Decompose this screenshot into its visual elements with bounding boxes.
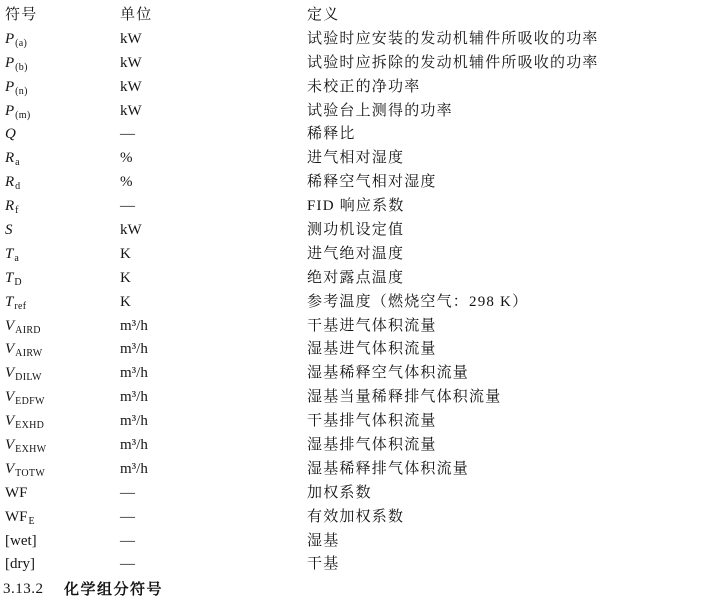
table-row: P(m) kW 试验台上测得的功率 (0, 100, 728, 124)
unit-cell: — (120, 530, 135, 554)
section-title: 化学组分符号 (64, 578, 163, 602)
unit-cell: m³/h (120, 386, 148, 410)
symbol-base: V (5, 389, 14, 405)
symbol-base: V (5, 437, 14, 453)
unit-cell: — (120, 123, 135, 147)
table-row: TD K 绝对露点温度 (0, 267, 728, 291)
symbol-cell: [wet] (5, 530, 37, 554)
symbol-table-body: P(a) kW 试验时应安装的发动机辅件所吸收的功率 P(b) kW 试验时应拆… (0, 28, 728, 577)
symbol-base: WF (5, 509, 28, 525)
symbol-subscript: d (15, 181, 20, 192)
symbol-subscript: (a) (15, 38, 27, 49)
symbol-cell: Ta (5, 243, 19, 268)
unit-cell: m³/h (120, 315, 148, 339)
symbol-cell: P(m) (5, 100, 31, 125)
definition-cell: 湿基稀释排气体积流量 (307, 458, 469, 482)
table-row: VEDFW m³/h 湿基当量稀释排气体积流量 (0, 386, 728, 410)
symbol-subscript: EXHW (15, 444, 46, 455)
symbol-base: T (5, 270, 13, 286)
symbol-cell: VEXHD (5, 410, 44, 435)
symbol-subscript: ref (14, 301, 26, 312)
table-header-row: 符号 单位 定义 (0, 4, 728, 28)
symbols-definitions-page: 符号 单位 定义 P(a) kW 试验时应安装的发动机辅件所吸收的功率 P(b)… (0, 0, 728, 602)
section-number: 3.13.2 (3, 578, 44, 602)
definition-cell: FID 响应系数 (307, 195, 405, 219)
symbol-cell: S (5, 219, 13, 243)
symbol-subscript: AIRW (15, 348, 42, 359)
definition-cell: 干基排气体积流量 (307, 410, 437, 434)
symbol-cell: WFE (5, 506, 35, 531)
unit-cell: — (120, 482, 135, 506)
unit-cell: % (120, 171, 133, 195)
definition-cell: 有效加权系数 (307, 506, 404, 530)
symbol-base: T (5, 246, 13, 262)
symbol-base: P (5, 79, 14, 95)
unit-cell: — (120, 506, 135, 530)
table-row: Rd % 稀释空气相对湿度 (0, 171, 728, 195)
definition-cell: 干基 (307, 553, 339, 577)
table-row: VEXHD m³/h 干基排气体积流量 (0, 410, 728, 434)
symbol-cell: Q (5, 123, 16, 147)
unit-cell: kW (120, 76, 142, 100)
table-row: VEXHW m³/h 湿基排气体积流量 (0, 434, 728, 458)
symbol-base: S (5, 222, 13, 238)
symbol-cell: VEXHW (5, 434, 46, 459)
symbol-subscript: DILW (15, 372, 42, 383)
symbol-base: V (5, 365, 14, 381)
definition-cell: 试验时应安装的发动机辅件所吸收的功率 (307, 28, 599, 52)
definition-cell: 绝对露点温度 (307, 267, 404, 291)
symbol-base: V (5, 318, 14, 334)
symbol-cell: TD (5, 267, 22, 292)
symbol-subscript: EDFW (15, 396, 45, 407)
unit-cell: kW (120, 52, 142, 76)
unit-cell: m³/h (120, 410, 148, 434)
symbol-cell: Rf (5, 195, 19, 220)
symbol-base: V (5, 413, 14, 429)
symbol-subscript: AIRD (15, 325, 41, 336)
symbol-subscript: (m) (15, 110, 30, 121)
definition-cell: 湿基稀释空气体积流量 (307, 362, 469, 386)
symbol-cell: Rd (5, 171, 20, 196)
symbol-base: P (5, 55, 14, 71)
header-definition: 定义 (307, 4, 339, 28)
symbol-base: P (5, 31, 14, 47)
symbol-base: [wet] (5, 533, 37, 549)
unit-cell: m³/h (120, 458, 148, 482)
symbol-base: R (5, 150, 14, 166)
table-row: WF — 加权系数 (0, 482, 728, 506)
unit-cell: K (120, 291, 131, 315)
definition-cell: 湿基排气体积流量 (307, 434, 437, 458)
symbol-cell: Ra (5, 147, 20, 172)
table-row: [wet] — 湿基 (0, 530, 728, 554)
unit-cell: m³/h (120, 362, 148, 386)
symbol-subscript: D (14, 277, 22, 288)
table-row: VDILW m³/h 湿基稀释空气体积流量 (0, 362, 728, 386)
symbol-base: WF (5, 485, 28, 501)
symbol-subscript: a (14, 253, 19, 264)
symbol-base: P (5, 103, 14, 119)
definition-cell: 测功机设定值 (307, 219, 404, 243)
table-row: P(n) kW 未校正的净功率 (0, 76, 728, 100)
unit-cell: kW (120, 28, 142, 52)
unit-cell: K (120, 267, 131, 291)
symbol-cell: P(n) (5, 76, 28, 101)
symbol-subscript: f (15, 205, 19, 216)
symbol-cell: VEDFW (5, 386, 45, 411)
symbol-subscript: TOTW (15, 468, 45, 479)
symbol-base: T (5, 294, 13, 310)
unit-cell: % (120, 147, 133, 171)
unit-cell: m³/h (120, 434, 148, 458)
symbol-cell: VAIRD (5, 315, 41, 340)
table-row: [dry] — 干基 (0, 553, 728, 577)
table-row: P(a) kW 试验时应安装的发动机辅件所吸收的功率 (0, 28, 728, 52)
definition-cell: 试验时应拆除的发动机辅件所吸收的功率 (307, 52, 599, 76)
table-row: Q — 稀释比 (0, 123, 728, 147)
definition-cell: 湿基 (307, 530, 339, 554)
table-row: Tref K 参考温度（燃烧空气：298 K） (0, 291, 728, 315)
symbol-cell: VTOTW (5, 458, 45, 483)
header-symbol: 符号 (5, 4, 37, 28)
table-row: Ra % 进气相对湿度 (0, 147, 728, 171)
symbol-base: Q (5, 126, 16, 142)
unit-cell: — (120, 195, 135, 219)
symbol-cell: [dry] (5, 553, 35, 577)
definition-cell: 湿基进气体积流量 (307, 338, 437, 362)
definition-cell: 进气相对湿度 (307, 147, 404, 171)
unit-cell: K (120, 243, 131, 267)
symbol-cell: VDILW (5, 362, 42, 387)
table-row: VAIRD m³/h 干基进气体积流量 (0, 315, 728, 339)
definition-cell: 干基进气体积流量 (307, 315, 437, 339)
symbol-subscript: (n) (15, 86, 28, 97)
section-heading: 3.13.2 化学组分符号 (0, 578, 728, 602)
definition-cell: 稀释空气相对湿度 (307, 171, 437, 195)
table-row: VTOTW m³/h 湿基稀释排气体积流量 (0, 458, 728, 482)
unit-cell: kW (120, 100, 142, 124)
table-row: S kW 测功机设定值 (0, 219, 728, 243)
definition-cell: 加权系数 (307, 482, 372, 506)
unit-cell: kW (120, 219, 142, 243)
symbol-base: V (5, 461, 14, 477)
table-row: Rf — FID 响应系数 (0, 195, 728, 219)
symbol-cell: Tref (5, 291, 26, 316)
symbol-base: R (5, 198, 14, 214)
definition-cell: 未校正的净功率 (307, 76, 420, 100)
table-row: Ta K 进气绝对温度 (0, 243, 728, 267)
definition-cell: 进气绝对温度 (307, 243, 404, 267)
table-row: P(b) kW 试验时应拆除的发动机辅件所吸收的功率 (0, 52, 728, 76)
definition-cell: 稀释比 (307, 123, 356, 147)
symbol-base: [dry] (5, 556, 35, 572)
definition-cell: 湿基当量稀释排气体积流量 (307, 386, 501, 410)
table-row: WFE — 有效加权系数 (0, 506, 728, 530)
unit-cell: m³/h (120, 338, 148, 362)
definition-cell: 参考温度（燃烧空气：298 K） (307, 291, 528, 315)
symbol-base: V (5, 341, 14, 357)
unit-cell: — (120, 553, 135, 577)
symbol-cell: P(a) (5, 28, 27, 53)
symbol-subscript: EXHD (15, 420, 44, 431)
table-row: VAIRW m³/h 湿基进气体积流量 (0, 338, 728, 362)
symbol-cell: P(b) (5, 52, 28, 77)
definition-cell: 试验台上测得的功率 (307, 100, 453, 124)
symbol-cell: WF (5, 482, 28, 506)
symbol-subscript: E (29, 516, 35, 527)
symbol-subscript: a (15, 157, 20, 168)
symbol-cell: VAIRW (5, 338, 42, 363)
header-unit: 单位 (120, 4, 152, 28)
symbol-subscript: (b) (15, 62, 28, 73)
symbol-base: R (5, 174, 14, 190)
